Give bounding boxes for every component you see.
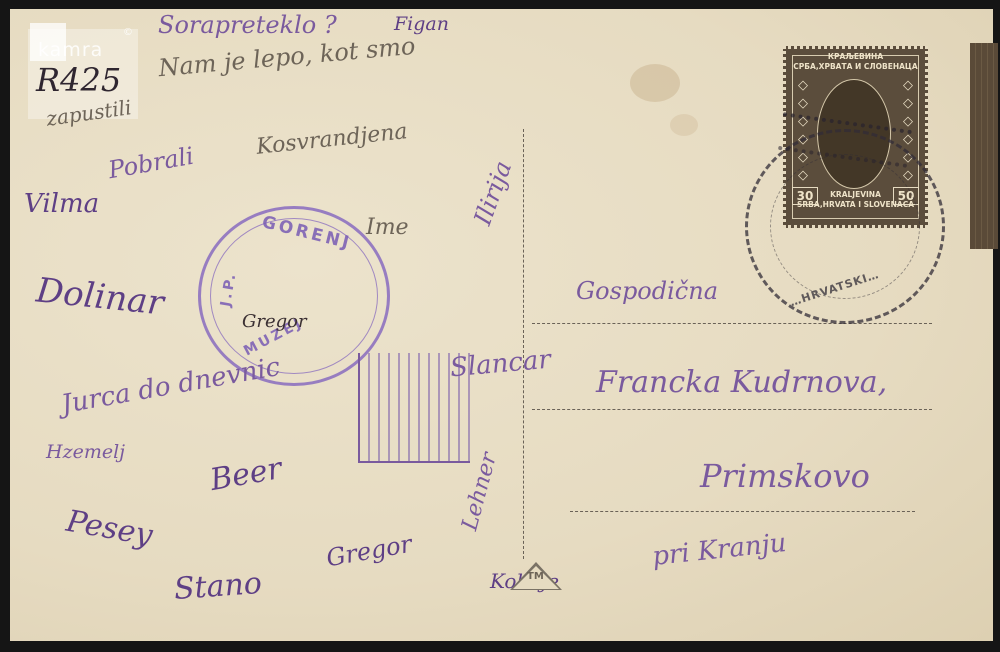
address-town: Primskovo <box>700 457 870 495</box>
publisher-logo-text: TM <box>527 571 544 582</box>
message-line: Pobrali <box>106 142 196 185</box>
inventory-number: R425 <box>36 61 121 99</box>
copyright-icon: © <box>123 27 133 38</box>
message-line: Nam je lepo, kot smo <box>157 32 416 82</box>
message-line: Gregor <box>242 311 307 332</box>
stain <box>630 64 680 102</box>
stain <box>670 114 698 136</box>
stamp-top-text: КРАЉЕВИНА СРБА,ХРВАТА И СЛОВЕНАЦА <box>786 52 925 72</box>
stamp-edge-strip <box>970 43 998 249</box>
message-line: Beer <box>208 451 285 498</box>
message-line: Pesey <box>64 504 155 554</box>
card-divider <box>523 129 524 559</box>
address-line <box>570 511 915 512</box>
address-line <box>532 323 932 324</box>
postcard-back: kamra © R425 КРАЉЕВИНА СРБА,ХРВАТА И СЛО… <box>10 9 993 641</box>
message-line: Hzemelj <box>46 441 125 463</box>
address-line <box>532 409 932 410</box>
stamp-top-line-2: СРБА,ХРВАТА И СЛОВЕНАЦА <box>786 62 925 72</box>
stamp-top-line-1: КРАЉЕВИНА <box>786 52 925 62</box>
message-line: Jurca do dnevnic <box>59 352 282 420</box>
message-line: Gregor <box>324 530 414 573</box>
address-region: pri Kranju <box>651 528 788 572</box>
message-line: Kosvrandjena <box>255 119 409 160</box>
message-line: Sorapreteklo ? <box>158 11 337 39</box>
address-name: Francka Kudrnova, <box>596 365 887 400</box>
message-line: Ilirija <box>468 157 517 228</box>
watermark-text: kamra <box>38 39 103 61</box>
message-line: Stano <box>173 566 263 607</box>
message-line: Vilma <box>24 189 99 219</box>
scribble-mark <box>358 353 470 463</box>
signature: Figan <box>394 13 449 35</box>
message-line: Dolinar <box>34 270 165 323</box>
message-line: Ime <box>366 215 409 240</box>
address-salutation: Gospodična <box>576 277 718 305</box>
